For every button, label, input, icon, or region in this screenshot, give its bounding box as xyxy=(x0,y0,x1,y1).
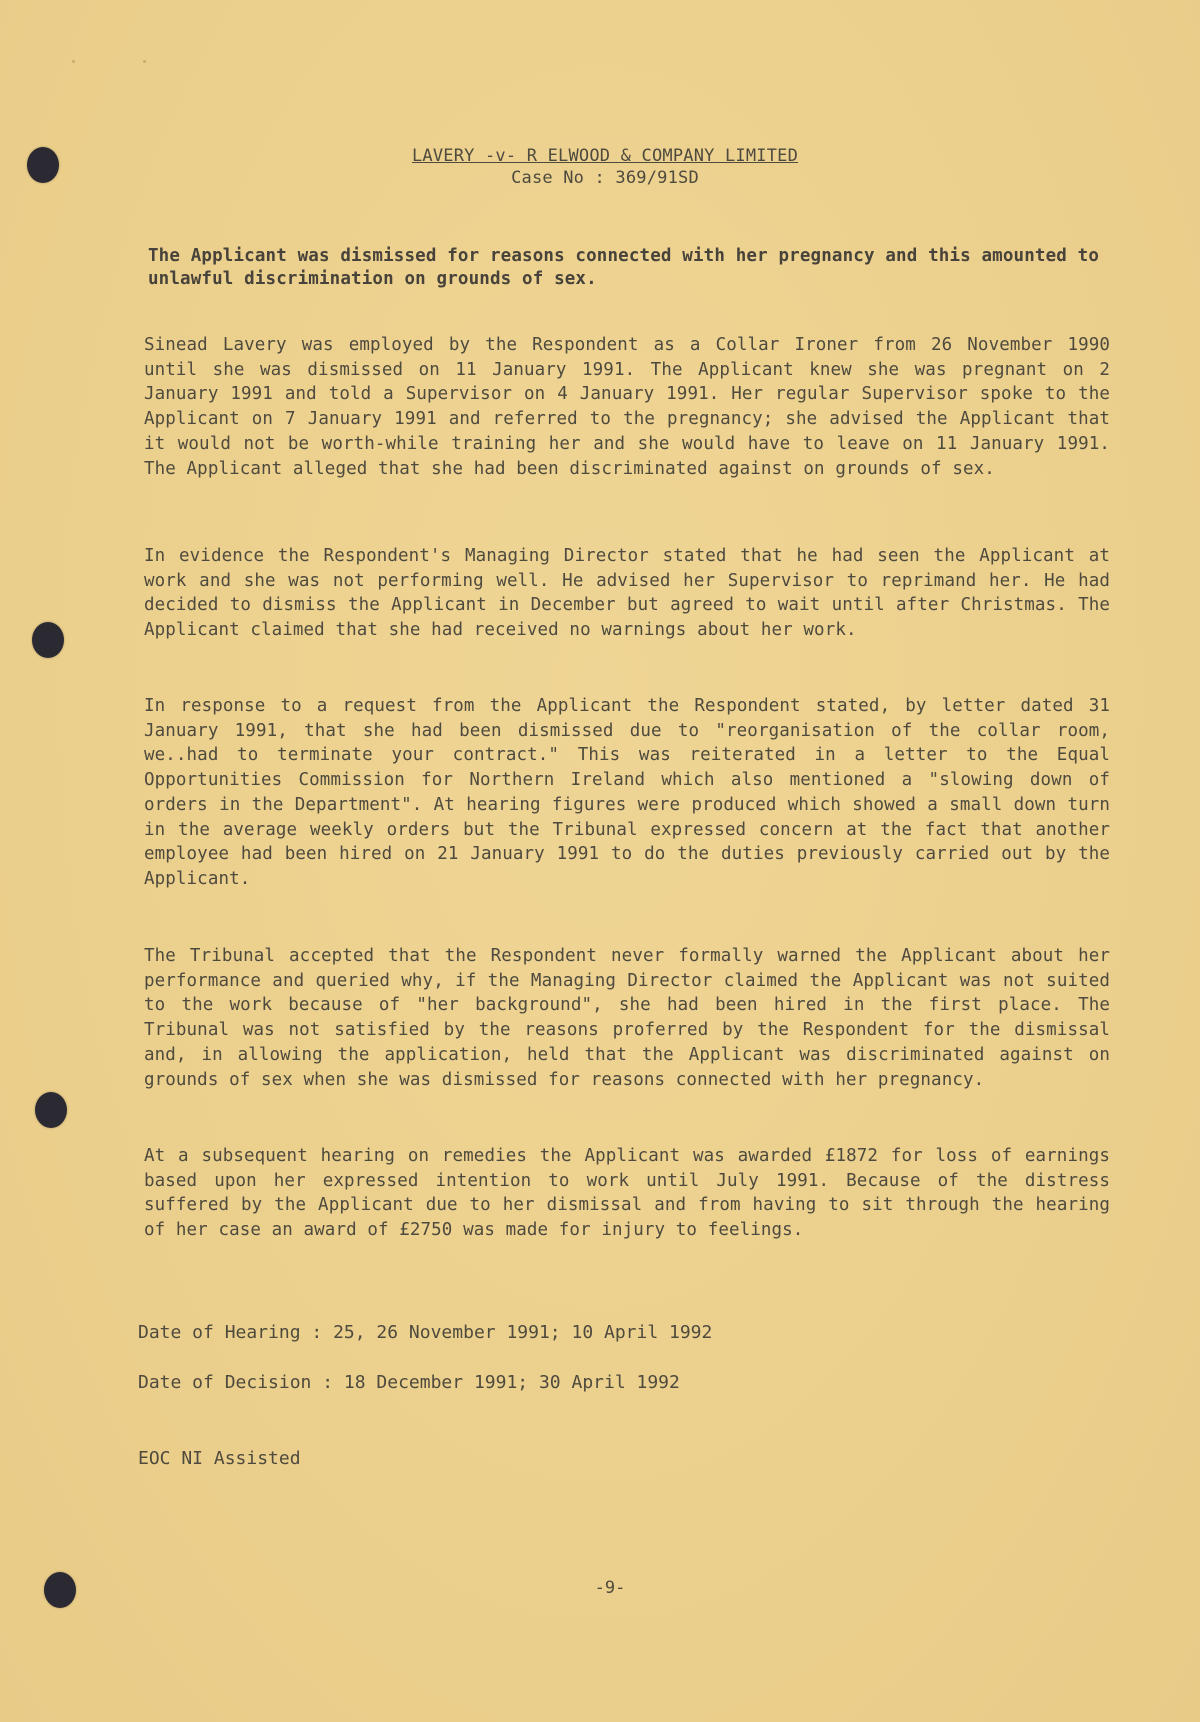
case-title: LAVERY -v- R ELWOOD & COMPANY LIMITED xyxy=(412,145,798,167)
case-number: Case No : 369/91SD xyxy=(10,167,1200,189)
date-of-hearing: Date of Hearing : 25, 26 November 1991; … xyxy=(138,1321,712,1345)
date-of-decision: Date of Decision : 18 December 1991; 30 … xyxy=(138,1371,680,1395)
case-header: LAVERY -v- R ELWOOD & COMPANY LIMITED Ca… xyxy=(0,145,1200,189)
document-page: LAVERY -v- R ELWOOD & COMPANY LIMITED Ca… xyxy=(0,0,1200,1722)
paragraph-facts: Sinead Lavery was employed by the Respon… xyxy=(144,333,1110,481)
paper-speck xyxy=(72,60,75,63)
punch-hole-icon xyxy=(35,1092,67,1128)
paragraph-tribunal-finding: The Tribunal accepted that the Responden… xyxy=(144,944,1110,1092)
paper-speck xyxy=(143,60,146,63)
page-number: -9- xyxy=(10,1578,1200,1598)
punch-hole-icon xyxy=(32,622,64,658)
paragraph-remedies: At a subsequent hearing on remedies the … xyxy=(144,1144,1110,1243)
case-summary: The Applicant was dismissed for reasons … xyxy=(148,245,1108,291)
paragraph-evidence: In evidence the Respondent's Managing Di… xyxy=(144,544,1110,643)
assisted-by: EOC NI Assisted xyxy=(138,1447,301,1471)
paragraph-respondent-response: In response to a request from the Applic… xyxy=(144,694,1110,892)
